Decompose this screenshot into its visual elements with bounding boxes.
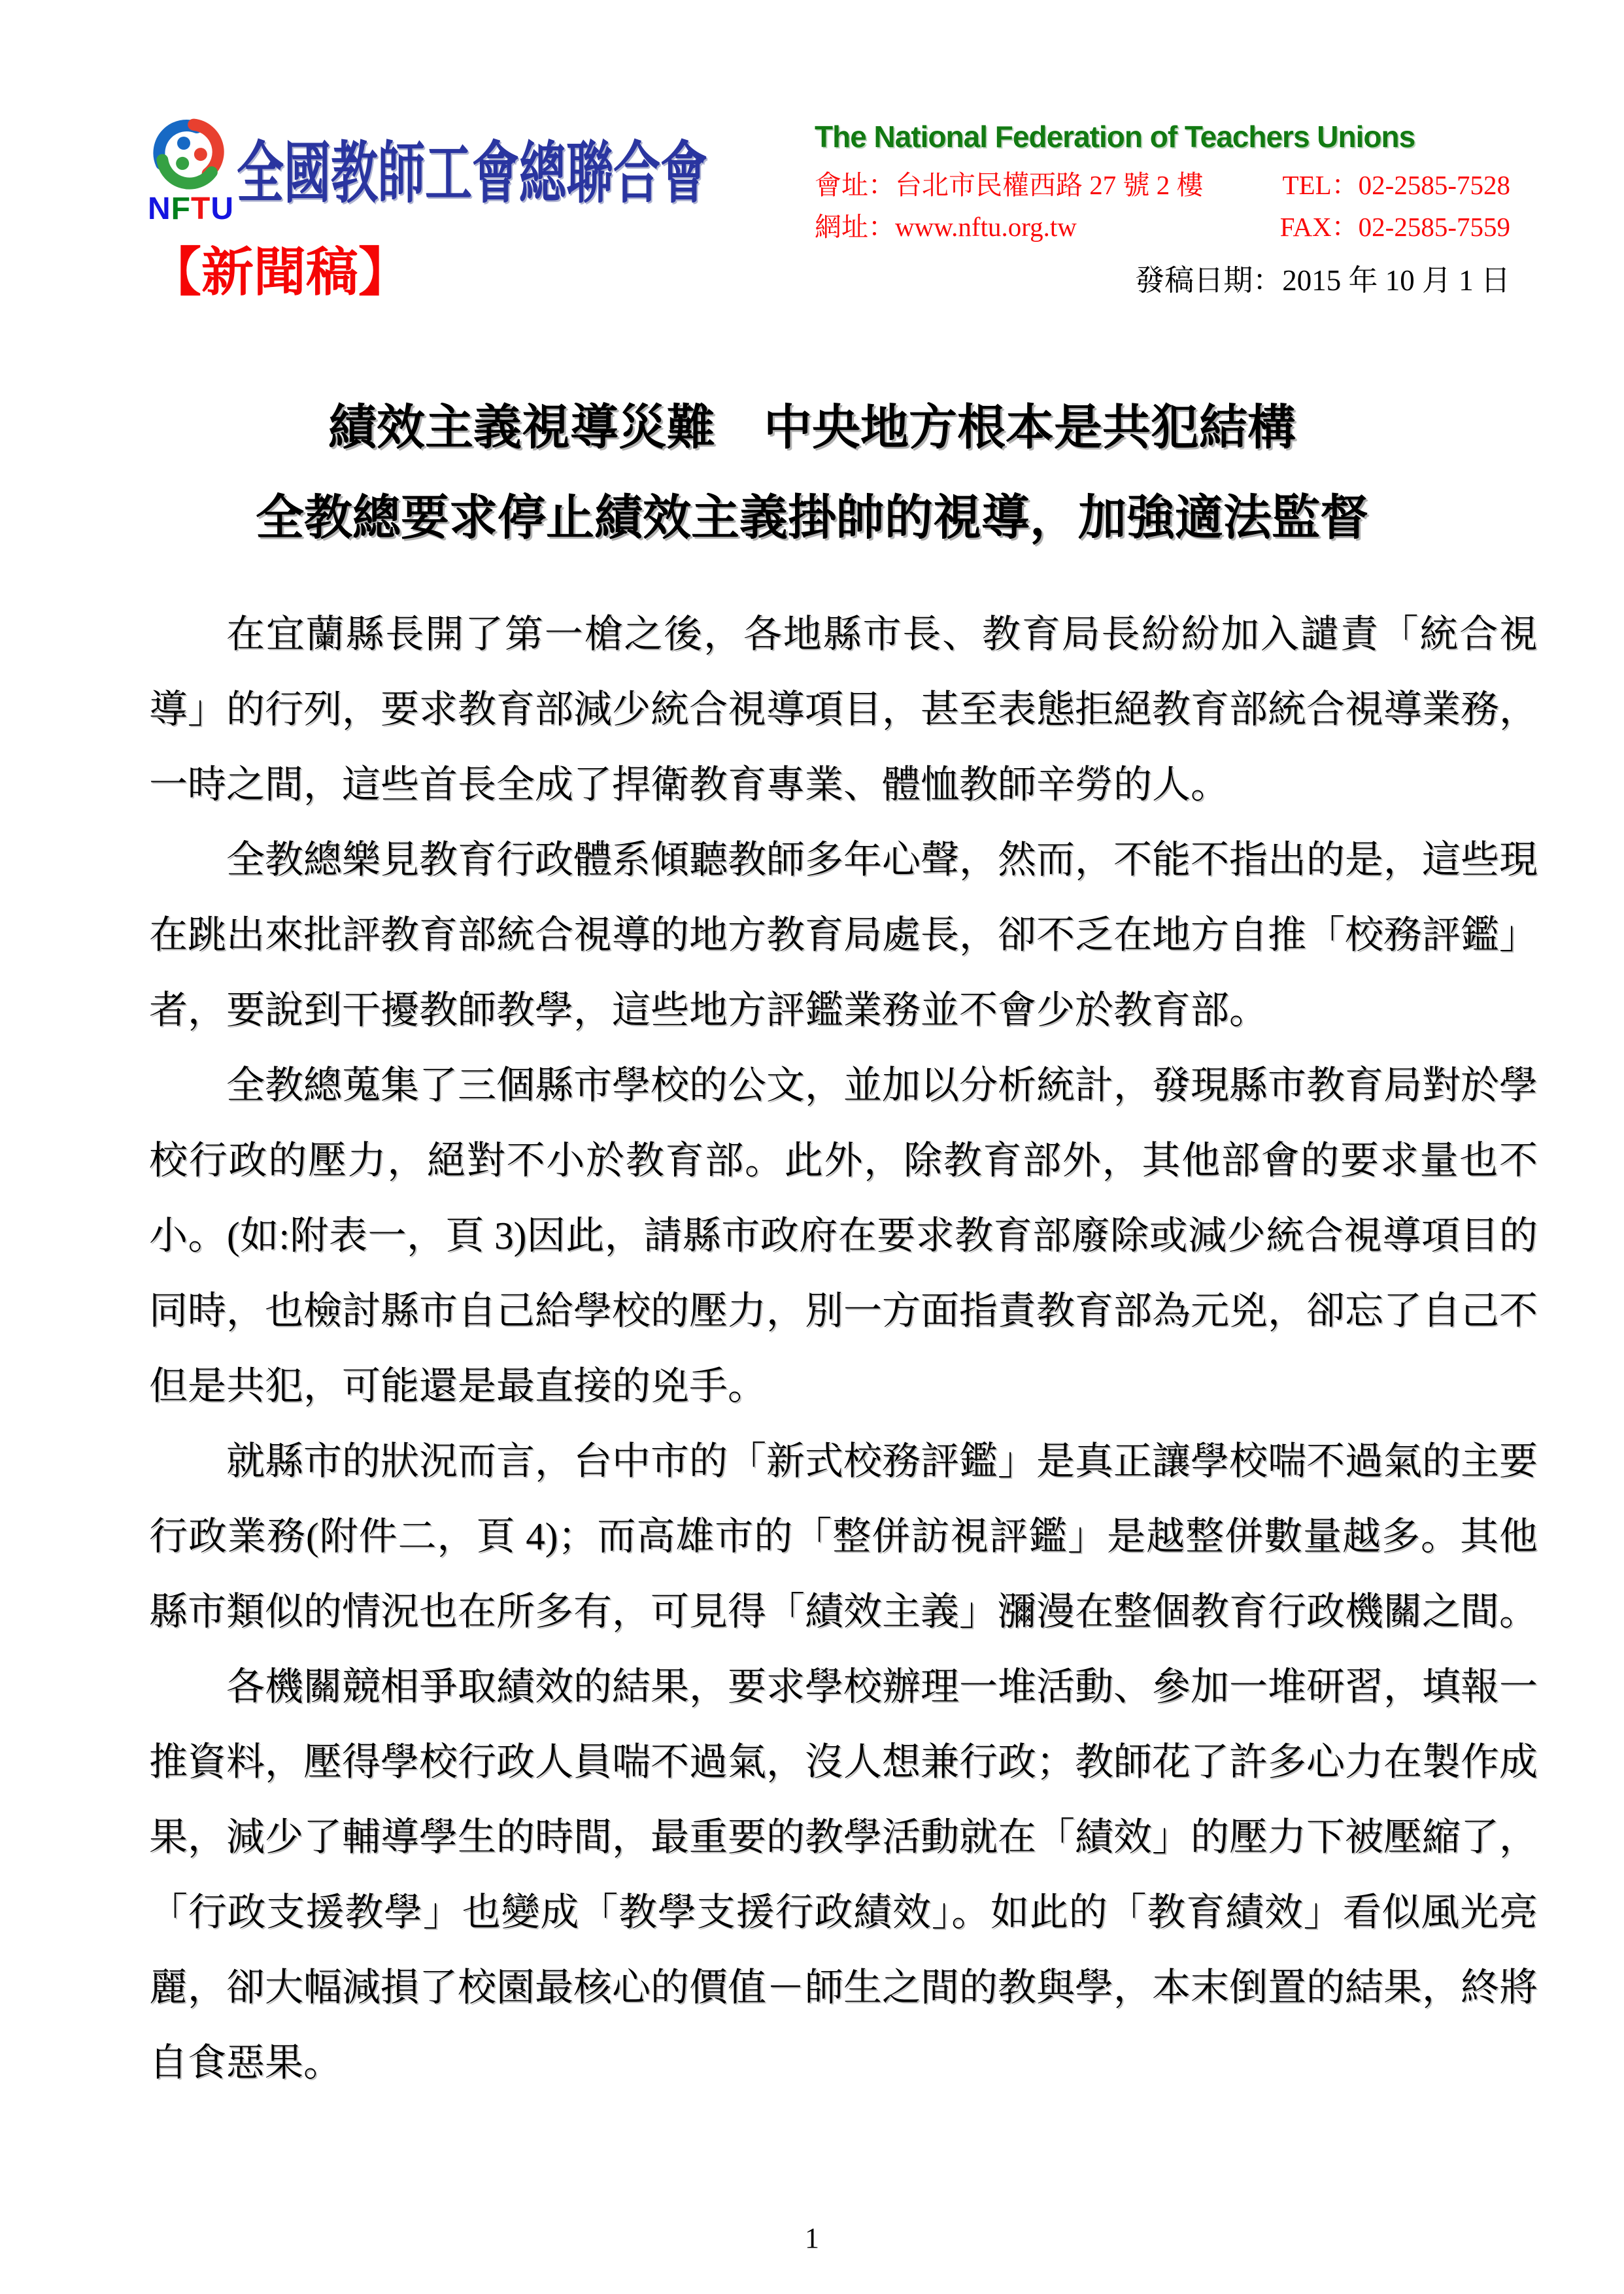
contact-block: 會址：台北市民權西路 27 號 2 樓 TEL：02-2585-7528 網址：… (815, 163, 1510, 247)
body-paragraph: 全教總蒐集了三個縣市學校的公文，並加以分析統計，發現縣市教育局對於學校行政的壓力… (149, 1048, 1538, 1424)
nftu-letter-u: U (211, 192, 234, 226)
nftu-letter-f: F (171, 192, 191, 226)
nftu-acronym: NFTU (148, 191, 234, 227)
headline-line2: 全教總要求停止績效主義掛帥的視導，加強適法監督 (118, 473, 1506, 564)
address-text: 會址：台北市民權西路 27 號 2 樓 (815, 163, 1204, 202)
press-release-tag: 【新聞稿】 (149, 230, 411, 305)
org-name-english: The National Federation of Teachers Unio… (815, 119, 1510, 154)
page-number: 1 (0, 2221, 1624, 2255)
fax-text: FAX：02-2585-7559 (1280, 205, 1510, 244)
body-paragraph: 就縣市的狀況而言，台中市的「新式校務評鑑」是真正讓學校喘不過氣的主要行政業務(附… (149, 1424, 1538, 1649)
headline: 績效主義視導災難 中央地方根本是共犯結構 全教總要求停止績效主義掛帥的視導，加強… (118, 383, 1506, 564)
release-date: 發稿日期：2015 年 10 月 1 日 (1135, 256, 1510, 299)
body-paragraph: 各機關競相爭取績效的結果，要求學校辦理一堆活動、參加一堆研習，填報一推資料，壓得… (149, 1649, 1538, 2100)
tel-text: TEL：02-2585-7528 (1283, 163, 1510, 202)
org-name-chinese: 全國教師工會總聯合會 (237, 119, 707, 216)
body-text: 在宜蘭縣長開了第一槍之後，各地縣市長、教育局長紛紛加入譴責「統合視導」的行列，要… (149, 597, 1538, 2100)
body-paragraph: 全教總樂見教育行政體系傾聽教師多年心聲，然而，不能不指出的是，這些現在跳出來批評… (149, 822, 1538, 1048)
headline-line1: 績效主義視導災難 中央地方根本是共犯結構 (118, 383, 1506, 473)
nftu-logo-icon (145, 110, 233, 197)
nftu-letter-t: T (191, 192, 211, 226)
nftu-letter-n: N (148, 192, 171, 226)
contact-row-address-tel: 會址：台北市民權西路 27 號 2 樓 TEL：02-2585-7528 (815, 163, 1510, 205)
contact-row-web-fax: 網址：www.nftu.org.tw FAX：02-2585-7559 (815, 205, 1510, 247)
website-text: 網址：www.nftu.org.tw (815, 205, 1077, 244)
press-release-page: NFTU 全國教師工會總聯合會 The National Federation … (0, 0, 1624, 2294)
body-paragraph: 在宜蘭縣長開了第一槍之後，各地縣市長、教育局長紛紛加入譴責「統合視導」的行列，要… (149, 597, 1538, 822)
